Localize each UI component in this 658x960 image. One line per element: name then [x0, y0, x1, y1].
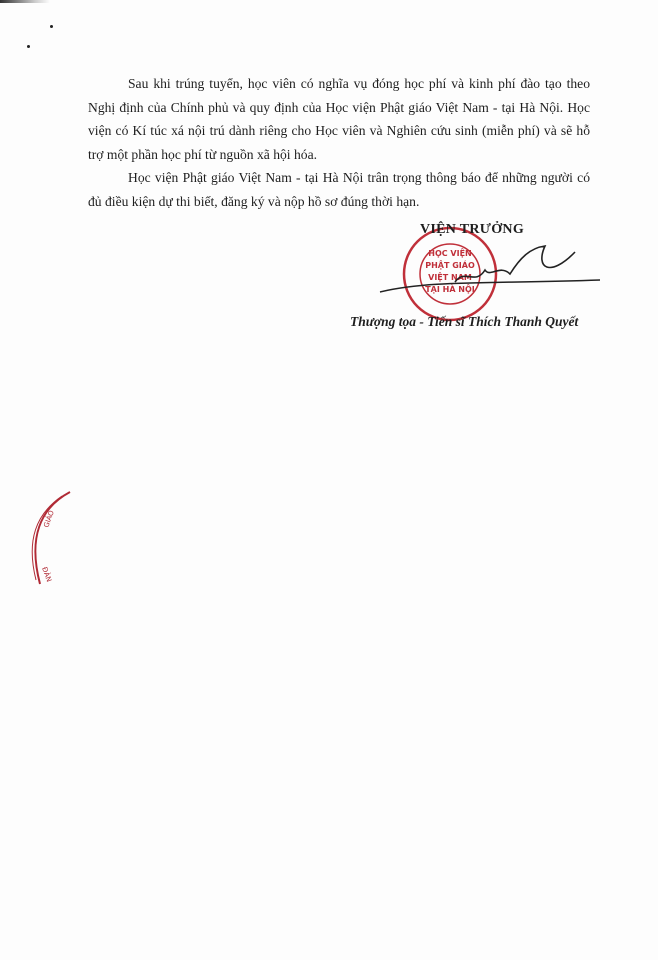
paragraph-tuition: Sau khi trúng tuyển, học viên có nghĩa v… — [88, 72, 590, 166]
signer-name: Thượng tọa - Tiến sĩ Thích Thanh Quyết — [350, 314, 578, 330]
scan-edge — [0, 0, 50, 3]
partial-seal-icon: GIÁO ĐÀN — [20, 488, 80, 588]
scan-speck — [27, 45, 30, 48]
signature-block: HỌC VIỆN PHẬT GIÁO VIỆT NAM TẠI HÀ NỘI V… — [350, 218, 620, 338]
paragraph-notice: Học viện Phật giáo Việt Nam - tại Hà Nội… — [88, 166, 590, 213]
svg-text:ĐÀN: ĐÀN — [40, 566, 54, 583]
handwritten-signature-icon — [350, 218, 620, 328]
scan-speck — [50, 25, 53, 28]
document-body: Sau khi trúng tuyển, học viên có nghĩa v… — [88, 72, 590, 214]
